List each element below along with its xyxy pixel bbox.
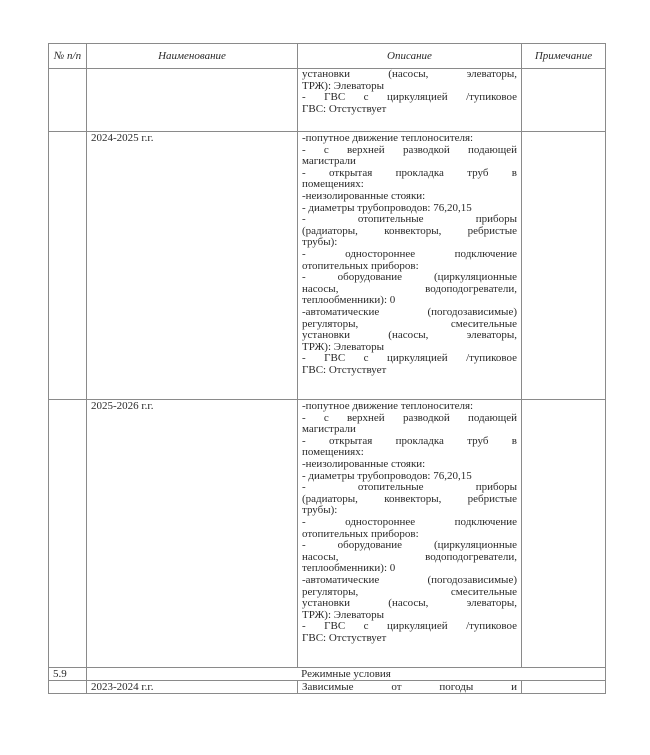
document-table: № п/п Наименование Описание Примечание у… <box>48 43 606 694</box>
cell-desc: установки (насосы, элеваторы,ТРЖ): Элева… <box>298 69 522 132</box>
desc-line: -неизолированные стояки: <box>302 459 517 471</box>
cell-name: 2023-2024 г.г. <box>87 681 298 694</box>
desc-line: установки (насосы, элеваторы, <box>302 598 517 610</box>
cell-name <box>87 69 298 132</box>
section-num: 5.9 <box>49 668 87 681</box>
desc-line: -попутное движение теплоносителя: <box>302 133 517 145</box>
cell-desc: -попутное движение теплоносителя:- с вер… <box>298 400 522 668</box>
cell-note <box>522 681 606 694</box>
cell-note <box>522 69 606 132</box>
desc-line: -автоматические (погодозависимые) <box>302 575 517 587</box>
cell-num <box>49 400 87 668</box>
section-title: Режимные условия <box>87 668 606 681</box>
cell-num <box>49 69 87 132</box>
desc-line: ГВС: Отстуствует <box>302 104 517 116</box>
header-num: № п/п <box>49 44 87 69</box>
desc-line: ГВС: Отстуствует <box>302 365 517 377</box>
desc-line: Зависимые от погоды и <box>302 681 517 693</box>
desc-line: установки (насосы, элеваторы, <box>302 330 517 342</box>
header-desc: Описание <box>298 44 522 69</box>
table-row: 2024-2025 г.г. -попутное движение теплон… <box>49 132 606 400</box>
table-row-continuation: установки (насосы, элеваторы,ТРЖ): Элева… <box>49 69 606 132</box>
desc-line: - оборудование (циркуляционные <box>302 272 517 284</box>
desc-line: - одностороннее подключение <box>302 517 517 529</box>
desc-line: - одностороннее подключение <box>302 249 517 261</box>
section-row: 5.9 Режимные условия <box>49 668 606 681</box>
desc-line: - оборудование (циркуляционные <box>302 540 517 552</box>
desc-line: -автоматические (погодозависимые) <box>302 307 517 319</box>
cell-name: 2025-2026 г.г. <box>87 400 298 668</box>
table-row: 2025-2026 г.г. -попутное движение теплон… <box>49 400 606 668</box>
cell-note <box>522 132 606 400</box>
desc-line: -попутное движение теплоносителя: <box>302 401 517 413</box>
desc-line: ГВС: Отстуствует <box>302 633 517 645</box>
desc-line: - отопительные приборы <box>302 214 517 226</box>
desc-line: -неизолированные стояки: <box>302 191 517 203</box>
desc-line: установки (насосы, элеваторы, <box>302 69 517 81</box>
table-header-row: № п/п Наименование Описание Примечание <box>49 44 606 69</box>
cell-num <box>49 681 87 694</box>
cell-desc: -попутное движение теплоносителя:- с вер… <box>298 132 522 400</box>
table-row: 2023-2024 г.г. Зависимые от погоды и <box>49 681 606 694</box>
cell-num <box>49 132 87 400</box>
cell-desc: Зависимые от погоды и <box>298 681 522 694</box>
header-name: Наименование <box>87 44 298 69</box>
desc-line: - отопительные приборы <box>302 482 517 494</box>
header-note: Примечание <box>522 44 606 69</box>
cell-note <box>522 400 606 668</box>
cell-name: 2024-2025 г.г. <box>87 132 298 400</box>
